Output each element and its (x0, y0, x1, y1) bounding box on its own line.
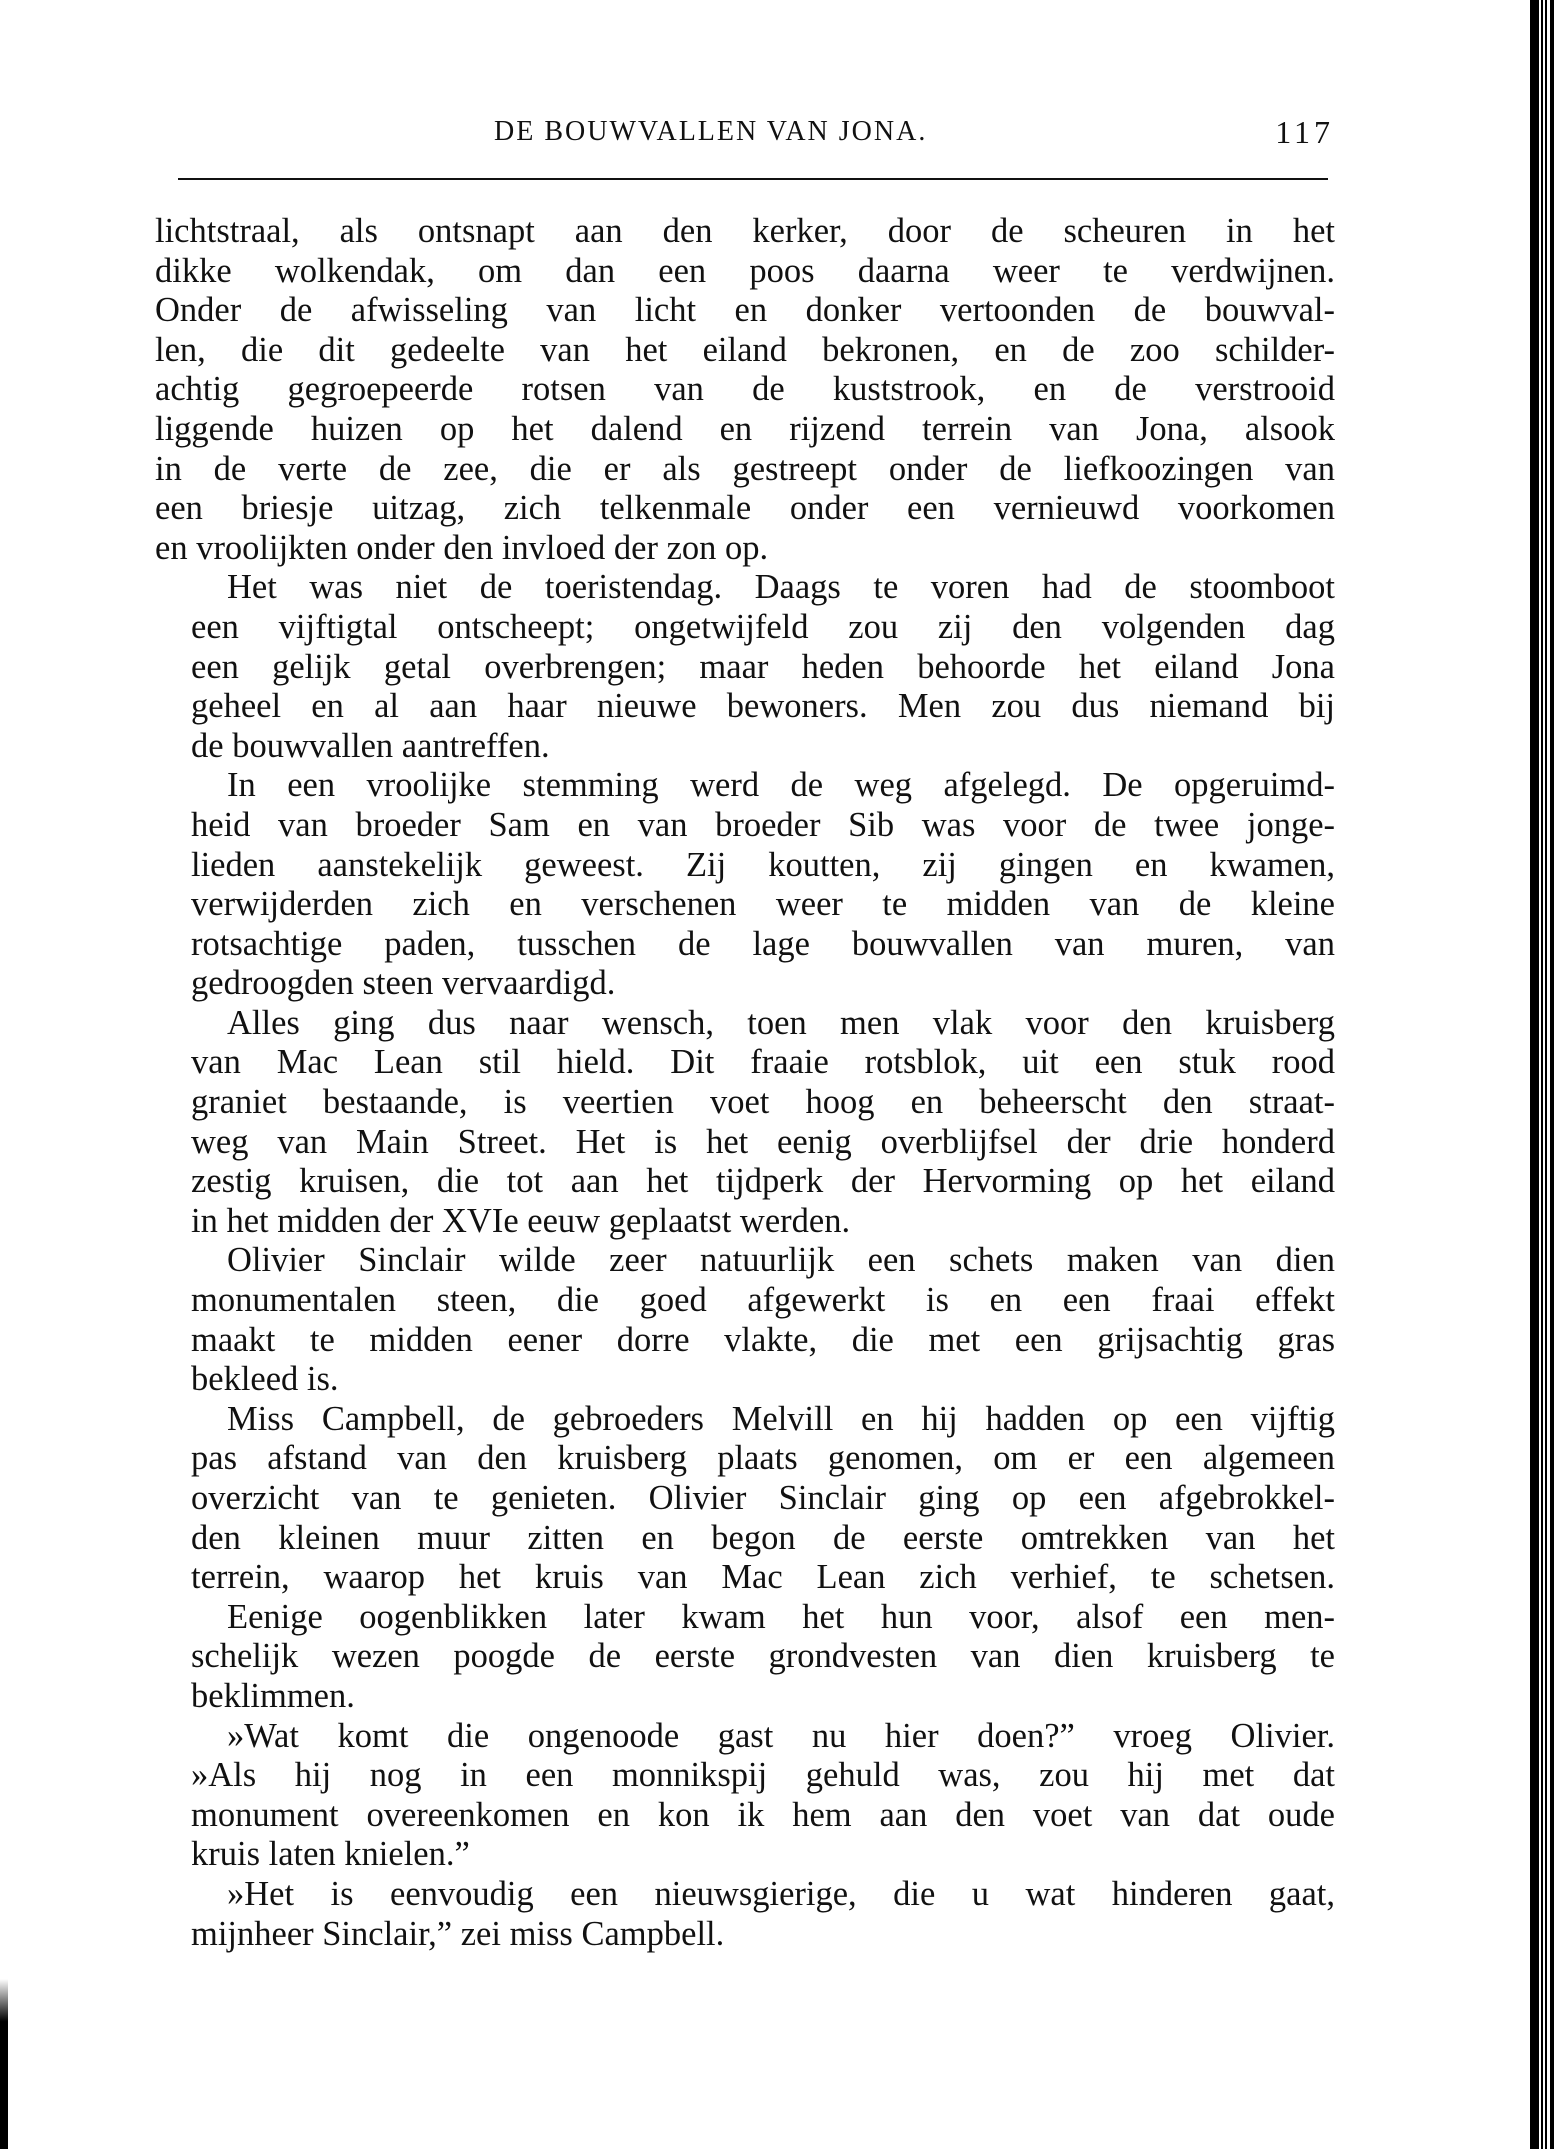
text-line: lieden aanstekelijk geweest. Zij koutten… (155, 846, 1335, 886)
text-line: mijnheer Sinclair,” zei miss Campbell. (155, 1915, 1335, 1955)
paragraph: Eenige oogenblikken later kwam het hun v… (155, 1598, 1335, 1717)
text-line: liggende huizen op het dalend en rijzend… (155, 410, 1335, 450)
text-line: weg van Main Street. Het is het eenig ov… (155, 1123, 1335, 1163)
text-line: in de verte de zee, die er als gestreept… (155, 450, 1335, 490)
text-line: beklimmen. (155, 1677, 1335, 1717)
book-page: DE BOUWVALLEN VAN JONA. 117 lichtstraal,… (0, 0, 1554, 2149)
text-line: zestig kruisen, die tot aan het tijdperk… (155, 1162, 1335, 1202)
text-line: gedroogden steen vervaardigd. (155, 964, 1335, 1004)
text-line: verwijderden zich en verschenen weer te … (155, 885, 1335, 925)
scan-binding-edge (1528, 0, 1554, 2149)
text-line: Olivier Sinclair wilde zeer natuurlijk e… (155, 1241, 1335, 1281)
text-line: de bouwvallen aantreffen. (155, 727, 1335, 767)
text-line: van Mac Lean stil hield. Dit fraaie rots… (155, 1043, 1335, 1083)
text-line: »Wat komt die ongenoode gast nu hier doe… (155, 1717, 1335, 1757)
text-line: len, die dit gedeelte van het eiland bek… (155, 331, 1335, 371)
text-line: een briesje uitzag, zich telkenmale onde… (155, 489, 1335, 529)
text-line: bekleed is. (155, 1360, 1335, 1400)
text-line: een gelijk getal overbrengen; maar heden… (155, 648, 1335, 688)
text-line: lichtstraal, als ontsnapt aan den kerker… (155, 212, 1335, 252)
text-line: monument overeenkomen en kon ik hem aan … (155, 1796, 1335, 1836)
text-line: Eenige oogenblikken later kwam het hun v… (155, 1598, 1335, 1638)
text-line: Het was niet de toeristendag. Daags te v… (155, 568, 1335, 608)
text-line: dikke wolkendak, om dan een poos daarna … (155, 252, 1335, 292)
body-text: lichtstraal, als ontsnapt aan den kerker… (155, 212, 1335, 1954)
paragraph: lichtstraal, als ontsnapt aan den kerker… (155, 212, 1335, 568)
running-header: DE BOUWVALLEN VAN JONA. 117 (162, 112, 1334, 152)
text-line: Onder de afwisseling van licht en donker… (155, 291, 1335, 331)
text-line: maakt te midden eener dorre vlakte, die … (155, 1321, 1335, 1361)
text-line: In een vroolijke stemming werd de weg af… (155, 766, 1335, 806)
text-line: »Als hij nog in een monnikspij gehuld wa… (155, 1756, 1335, 1796)
text-line: heid van broeder Sam en van broeder Sib … (155, 806, 1335, 846)
scan-edge-shadow (0, 1979, 8, 2149)
text-line: monumentalen steen, die goed afgewerkt i… (155, 1281, 1335, 1321)
paragraph: Olivier Sinclair wilde zeer natuurlijk e… (155, 1241, 1335, 1399)
paragraph: In een vroolijke stemming werd de weg af… (155, 766, 1335, 1004)
paragraph: Miss Campbell, de gebroeders Melvill en … (155, 1400, 1335, 1598)
text-line: achtig gegroepeerde rotsen van de kustst… (155, 370, 1335, 410)
text-line: terrein, waarop het kruis van Mac Lean z… (155, 1558, 1335, 1598)
text-line: geheel en al aan haar nieuwe bewoners. M… (155, 687, 1335, 727)
text-line: pas afstand van den kruisberg plaats gen… (155, 1439, 1335, 1479)
text-line: een vijftigtal ontscheept; ongetwijfeld … (155, 608, 1335, 648)
running-title: DE BOUWVALLEN VAN JONA. (494, 112, 927, 152)
text-line: in het midden der XVIe eeuw geplaatst we… (155, 1202, 1335, 1242)
text-line: Alles ging dus naar wensch, toen men vla… (155, 1004, 1335, 1044)
text-line: rotsachtige paden, tusschen de lage bouw… (155, 925, 1335, 965)
page-number: 117 (1275, 112, 1334, 152)
text-line: »Het is eenvoudig een nieuwsgierige, die… (155, 1875, 1335, 1915)
paragraph: Het was niet de toeristendag. Daags te v… (155, 568, 1335, 766)
text-line: en vroolijkten onder den invloed der zon… (155, 529, 1335, 569)
text-line: den kleinen muur zitten en begon de eers… (155, 1519, 1335, 1559)
header-rule (178, 178, 1328, 180)
text-line: schelijk wezen poogde de eerste grondves… (155, 1637, 1335, 1677)
text-line: graniet bestaande, is veertien voet hoog… (155, 1083, 1335, 1123)
paragraph: Alles ging dus naar wensch, toen men vla… (155, 1004, 1335, 1242)
text-line: Miss Campbell, de gebroeders Melvill en … (155, 1400, 1335, 1440)
text-line: overzicht van te genieten. Olivier Sincl… (155, 1479, 1335, 1519)
paragraph: »Het is eenvoudig een nieuwsgierige, die… (155, 1875, 1335, 1954)
text-line: kruis laten knielen.” (155, 1835, 1335, 1875)
paragraph: »Wat komt die ongenoode gast nu hier doe… (155, 1717, 1335, 1875)
